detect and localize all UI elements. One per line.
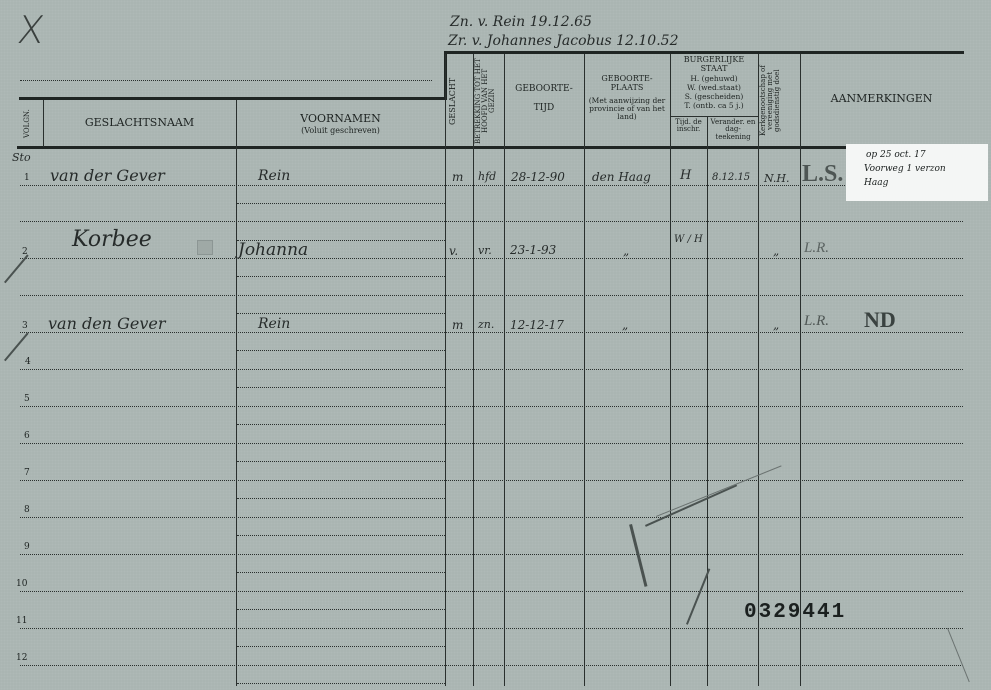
sub-line — [237, 498, 445, 499]
row3-firstname: Rein — [258, 316, 290, 332]
col-divider — [236, 100, 237, 686]
sub-line — [237, 387, 445, 388]
row-line — [20, 591, 963, 592]
row-line — [20, 628, 963, 629]
header-bottom-border — [17, 146, 964, 149]
row2-civil-status: W / H — [674, 234, 703, 245]
row2-small-box-mark — [197, 240, 213, 255]
header-betrekking: BETREKKING TOT HET HOOFD VAN HET GEZIN — [475, 56, 503, 146]
remarks-note-slip: op 25 oct. 17 Voorweg 1 verzon Haag — [846, 144, 988, 201]
header-geboorteplaats-sub: (Met aanwijzing der provincie of van het… — [588, 97, 666, 121]
row1-surname: van der Gever — [50, 166, 165, 185]
top-annotation-2: Zr. v. Johannes Jacobus 12.10.52 — [448, 33, 678, 49]
pencil-margin-curve — [947, 628, 970, 682]
row-line — [20, 406, 963, 407]
row2-relation: vr. — [478, 244, 492, 257]
row-number: 11 — [16, 616, 27, 626]
row3-birth-place: „ — [622, 318, 628, 332]
row3-remarks-stamp: L.R. — [804, 313, 829, 330]
header-geboorteplaats-2: PLAATS — [584, 84, 670, 92]
header-bs-tijd: Tijd. de inschr. — [671, 119, 706, 134]
sub-line — [237, 683, 445, 684]
row1-change-date: 8.12.15 — [712, 172, 750, 183]
row1-civil-status: H — [680, 168, 691, 183]
header-bs-verander: Verander. en dag-teekening — [708, 119, 758, 141]
header-aanmerkingen: AANMERKINGEN — [800, 93, 963, 105]
sub-line — [237, 609, 445, 610]
header-voornamen: VOORNAMEN — [236, 113, 445, 125]
sub-line — [237, 276, 445, 277]
row-line — [20, 443, 963, 444]
serial-number: 0329441 — [744, 601, 846, 624]
pencil-check-thin-stroke — [656, 465, 782, 516]
row-line — [20, 295, 963, 296]
sub-line — [237, 461, 445, 462]
note-line-2: Voorweg 1 verzon — [864, 164, 946, 174]
header-top-dotted-line — [20, 80, 432, 81]
row3-religion: „ — [773, 318, 779, 332]
pencil-tick-row2 — [4, 254, 28, 283]
row3-gender: m — [452, 318, 463, 332]
top-annotation-1: Zn. v. Rein 19.12.65 — [450, 14, 592, 30]
row3-remarks-stamp-nd: ND — [864, 307, 896, 333]
sub-line — [237, 350, 445, 351]
note-line-1: op 25 oct. 17 — [866, 150, 926, 160]
header-bs-s: S. (gescheiden) — [670, 93, 758, 101]
header-geboortetijd-1: GEBOORTE- — [504, 85, 584, 94]
row1-firstname: Rein — [258, 168, 290, 184]
header-kerkgenootschap: Kerkgenootschap of vereeniging met godsd… — [760, 56, 798, 146]
row1-gender: m — [452, 170, 463, 184]
row1-remarks-stamp: L.S. — [802, 161, 843, 188]
row-number: 12 — [16, 653, 27, 663]
header-burgerlijke-staat-2: STAAT — [670, 65, 758, 73]
sub-line — [237, 313, 445, 314]
header-top-border-left — [19, 97, 446, 100]
row-number: 10 — [16, 579, 27, 589]
row1-birth-date: 28-12-90 — [511, 170, 565, 184]
row-number: 3 — [22, 321, 28, 331]
row2-firstname: Johanna — [238, 240, 308, 260]
row1-religion: N.H. — [764, 172, 790, 185]
header-bs-t: T. (ontb. ca 5 j.) — [670, 102, 758, 110]
header-top-border-right — [444, 51, 964, 54]
row1-birth-place: den Haag — [592, 170, 651, 184]
header-volgn: VOLGN. — [24, 104, 38, 144]
row1-relation: hfd — [478, 170, 496, 183]
row2-remarks-stamp: L.R. — [804, 240, 829, 257]
row-number: 6 — [24, 431, 30, 441]
row-number: 4 — [25, 357, 31, 367]
row2-surname: Korbee — [72, 227, 152, 252]
sub-line — [237, 535, 445, 536]
row-number: 1 — [24, 173, 30, 183]
pencil-check-right-stroke — [645, 484, 737, 527]
row2-birth-place: „ — [623, 244, 629, 258]
sub-line — [237, 572, 445, 573]
row-line — [20, 258, 963, 259]
header-geboortetijd-2: TIJD — [504, 104, 584, 113]
row-line — [20, 517, 963, 518]
header-geslacht: GESLACHT — [449, 58, 469, 144]
row-number: 7 — [24, 468, 30, 478]
row1-prefix: Sto — [12, 151, 31, 164]
row-number: 8 — [24, 505, 30, 515]
bs-subheader-line — [670, 116, 758, 117]
sub-line — [237, 424, 445, 425]
corner-x-mark: X — [15, 8, 47, 52]
row-line — [20, 221, 963, 222]
sub-line — [237, 646, 445, 647]
row2-birth-date: 23-1-93 — [510, 243, 556, 257]
row2-gender: v. — [449, 244, 458, 258]
row3-surname: van den Gever — [48, 314, 165, 333]
row-line — [20, 480, 963, 481]
row-number: 5 — [24, 394, 30, 404]
row-number: 9 — [24, 542, 30, 552]
row3-relation: zn. — [478, 318, 494, 331]
note-line-3: Haag — [864, 178, 888, 188]
header-geslachtsnaam: GESLACHTSNAAM — [43, 117, 236, 129]
header-voornamen-sub: (Voluit geschreven) — [236, 127, 445, 135]
header-bs-w: W. (wed.staat) — [670, 84, 758, 92]
gezinskaart: X Zn. v. Rein 19.12.65 Zr. v. Johannes J… — [0, 0, 991, 690]
row2-religion: „ — [773, 244, 779, 258]
row3-birth-date: 12-12-17 — [510, 318, 564, 332]
row-line — [20, 554, 963, 555]
row-line — [20, 369, 963, 370]
sub-line — [237, 203, 445, 204]
col-divider — [707, 117, 708, 686]
header-bs-h: H. (gehuwd) — [670, 75, 758, 83]
row-line — [20, 665, 963, 666]
pencil-check-left-stroke — [629, 524, 647, 587]
